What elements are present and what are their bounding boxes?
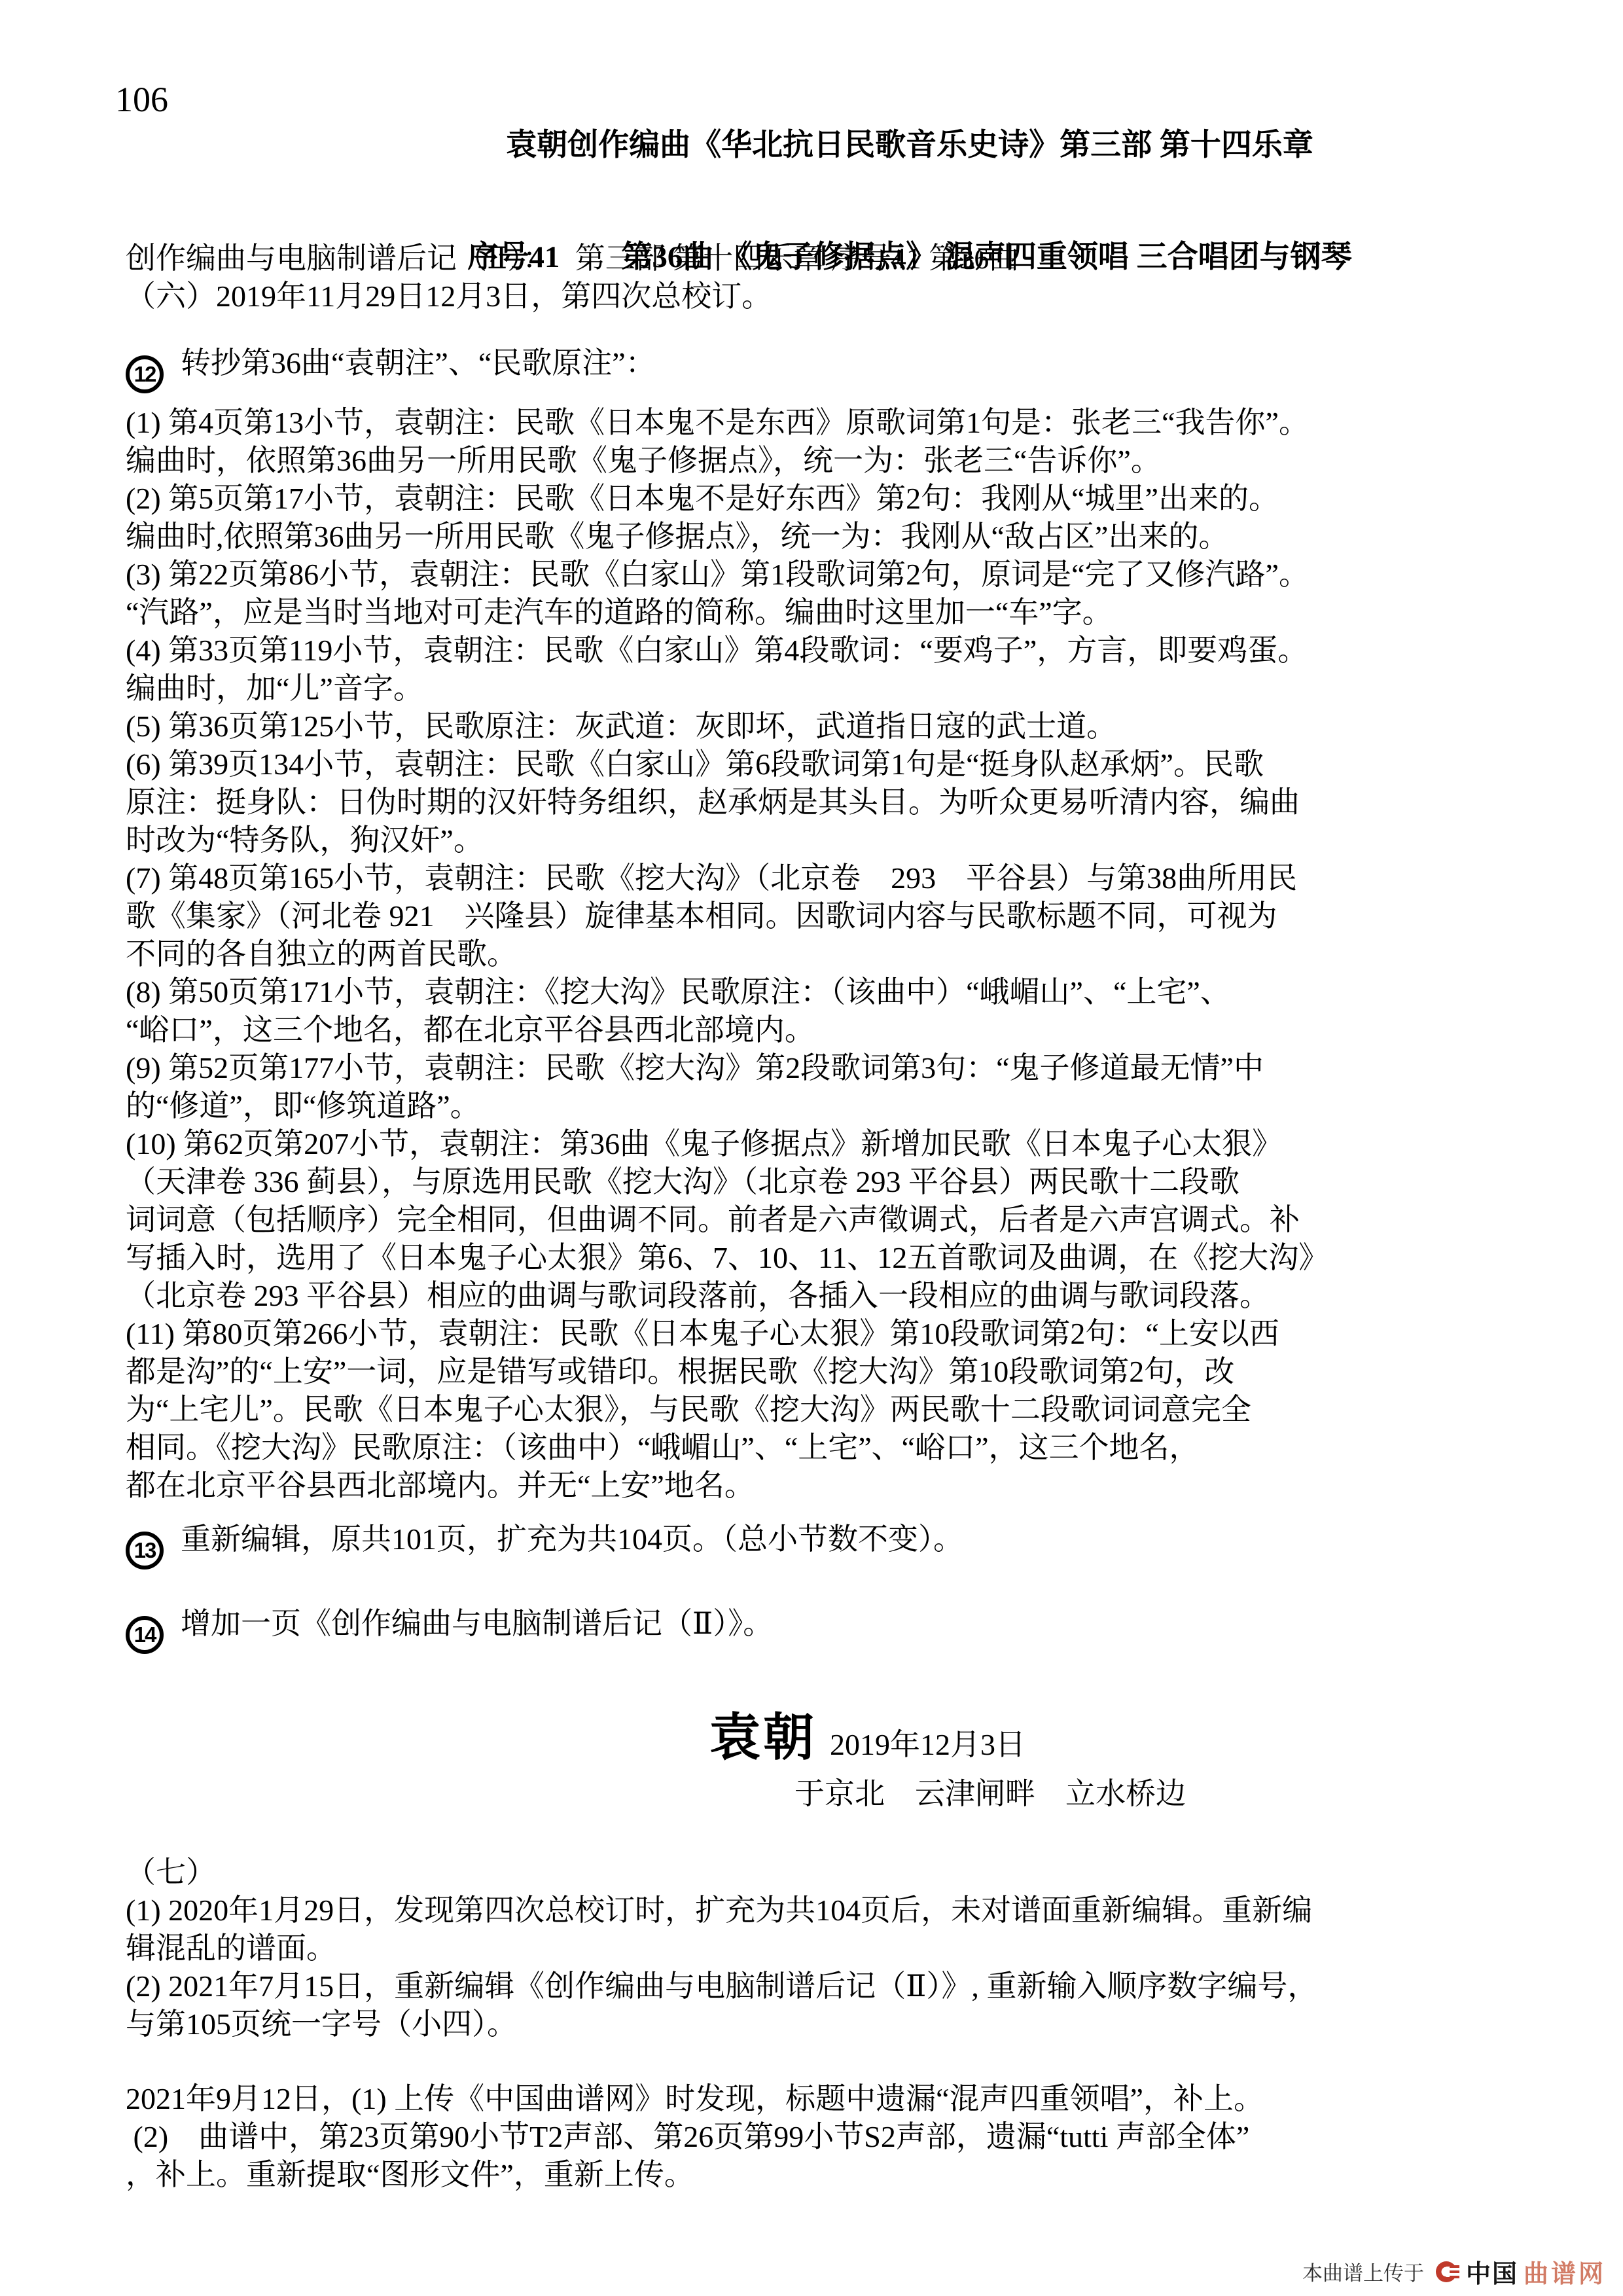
text-line: (7) 第48页第165小节，袁朝注：民歌《挖大沟》（北京卷 293 平谷县）与… — [126, 859, 1512, 897]
text-line: 的“修道”，即“修筑道路”。 — [126, 1087, 1512, 1125]
text-line: 为“上宅儿”。民歌《日本鬼子心太狠》，与民歌《挖大沟》两民歌十二段歌词词意完全 — [126, 1391, 1512, 1429]
signature-location: 于京北 云津闸畔 立水桥边 — [794, 1775, 1512, 1813]
watermark-footer: 本曲谱上传于 中国 曲谱网 — [1302, 2253, 1606, 2289]
text-line: 歌《集家》（河北卷 921 兴隆县）旋律基本相同。因歌词内容与民歌标题不同，可视… — [126, 897, 1512, 935]
intro-paragraph: 创作编曲与电脑制谱后记（Ⅱ）： 第三部 第十四乐章 序号41 第36曲（六）20… — [126, 240, 1512, 315]
score-postscript-page: 106 袁朝创作编曲《华北抗日民歌音乐史诗》第三部 第十四乐章 序号41 第36… — [0, 0, 1623, 2296]
upload-revision-notes: 2021年9月12日，(1) 上传《中国曲谱网》时发现，标题中遗漏“混声四重领唱… — [126, 2080, 1512, 2194]
brand-qupuwang-text: 曲谱网 — [1524, 2253, 1606, 2289]
text-line: 与第105页统一字号（小四）。 — [126, 2005, 1512, 2043]
text-line: (8) 第50页第171小节，袁朝注：《挖大沟》民歌原注：（该曲中）“峨嵋山”、… — [126, 973, 1512, 1011]
watermark-text: 本曲谱上传于 — [1302, 2257, 1424, 2286]
brand-china-text: 中国 — [1466, 2253, 1518, 2289]
page-number: 106 — [115, 81, 168, 118]
note-item-13: 13重新编辑，原共101页，扩充为共104页。（总小节数不变）。 — [126, 1520, 1512, 1570]
note-item-14: 14增加一页《创作编曲与电脑制谱后记（Ⅱ）》。 — [126, 1605, 1512, 1654]
text-line: 都在北京平谷县西北部境内。并无“上安”地名。 — [126, 1467, 1512, 1505]
text-line: 编曲时，依照第36曲另一所用民歌《鬼子修据点》，统一为：张老三“告诉你”。 — [126, 442, 1512, 480]
text-line: 不同的各自独立的两首民歌。 — [126, 935, 1512, 973]
text-line: 都是沟”的“上安”一词，应是错写或错印。根据民歌《挖大沟》第10段歌词第2句，改 — [126, 1353, 1512, 1391]
qupuwang-logo-icon — [1435, 2258, 1462, 2286]
text-line: (2) 第5页第17小节，袁朝注：民歌《日本鬼不是好东西》第2句：我刚从“城里”… — [126, 480, 1512, 518]
text-line: “汽路”，应是当时当地对可走汽车的道路的简称。编曲时这里加一“车”字。 — [126, 594, 1512, 632]
header-line-1: 袁朝创作编曲《华北抗日民歌音乐史诗》第三部 第十四乐章 — [203, 127, 1616, 164]
text-line: （七） — [126, 1854, 1512, 1892]
text-line: 写插入时，选用了《日本鬼子心太狠》第6、7、10、11、12五首歌词及曲调，在《… — [126, 1239, 1512, 1277]
circled-number-13-icon: 13 — [126, 1532, 164, 1570]
circled-number-14-icon: 14 — [126, 1616, 164, 1654]
text-line: (1) 2020年1月29日，发现第四次总校订时，扩充为共104页后，未对谱面重… — [126, 1892, 1512, 1929]
text-line: （北京卷 293 平谷县）相应的曲调与歌词段落前，各插入一段相应的曲调与歌词段落… — [126, 1277, 1512, 1315]
text-line: (9) 第52页第177小节，袁朝注：民歌《挖大沟》第2段歌词第3句：“鬼子修道… — [126, 1049, 1512, 1087]
text-line: 创作编曲与电脑制谱后记（Ⅱ）： 第三部 第十四乐章 序号41 第36曲 — [126, 240, 1512, 278]
text-line: （天津卷 336 蓟县），与原选用民歌《挖大沟》（北京卷 293 平谷县）两民歌… — [126, 1163, 1512, 1201]
text-line: (3) 第22页第86小节，袁朝注：民歌《白家山》第1段歌词第2句，原词是“完了… — [126, 556, 1512, 594]
text-line: (4) 第33页第119小节，袁朝注：民歌《白家山》第4段歌词：“要鸡子”，方言… — [126, 632, 1512, 670]
text-line: (2) 2021年7月15日，重新编辑《创作编曲与电脑制谱后记（Ⅱ）》, 重新输… — [126, 1967, 1512, 2005]
annotation-notes-list: (1) 第4页第13小节，袁朝注：民歌《日本鬼不是东西》原歌词第1句是：张老三“… — [126, 404, 1512, 1505]
postscript-body: 创作编曲与电脑制谱后记（Ⅱ）： 第三部 第十四乐章 序号41 第36曲（六）20… — [126, 240, 1512, 2194]
text-line: 相同。《挖大沟》民歌原注：（该曲中）“峨嵋山”、“上宅”、“峪口”，这三个地名， — [126, 1429, 1512, 1467]
text-line: (11) 第80页第266小节，袁朝注：民歌《日本鬼子心太狠》第10段歌词第2句… — [126, 1315, 1512, 1353]
text-line: (6) 第39页134小节，袁朝注：民歌《白家山》第6段歌词第1句是“挺身队赵承… — [126, 745, 1512, 783]
note-item-13-text: 重新编辑，原共101页，扩充为共104页。（总小节数不变）。 — [181, 1522, 963, 1556]
section-seven-notes: （七）(1) 2020年1月29日，发现第四次总校订时，扩充为共104页后，未对… — [126, 1854, 1512, 2043]
text-line: 编曲时，加“儿”音字。 — [126, 670, 1512, 708]
note-item-14-text: 增加一页《创作编曲与电脑制谱后记（Ⅱ）》。 — [181, 1607, 773, 1640]
text-line: ，补上。重新提取“图形文件”，重新上传。 — [126, 2156, 1512, 2194]
text-line: (10) 第62页第207小节，袁朝注：第36曲《鬼子修据点》新增加民歌《日本鬼… — [126, 1125, 1512, 1163]
text-line: (1) 第4页第13小节，袁朝注：民歌《日本鬼不是东西》原歌词第1句是：张老三“… — [126, 404, 1512, 442]
text-line: 编曲时,依照第36曲另一所用民歌《鬼子修据点》，统一为：我刚从“敌占区”出来的。 — [126, 518, 1512, 556]
text-line: (2) 曲谱中，第23页第90小节T2声部、第26页第99小节S2声部，遗漏“t… — [126, 2118, 1512, 2156]
text-line: 原注：挺身队：日伪时期的汉奸特务组织，赵承炳是其头目。为听众更易听清内容，编曲 — [126, 783, 1512, 821]
signature-line: 袁朝2019年12月3日 — [709, 1708, 1512, 1775]
note-heading-12: 12转抄第36曲“袁朝注”、“民歌原注”： — [126, 344, 1512, 393]
text-line: 时改为“特务队，狗汉奸”。 — [126, 821, 1512, 859]
note-heading-12-text: 转抄第36曲“袁朝注”、“民歌原注”： — [181, 346, 656, 380]
text-line: 2021年9月12日，(1) 上传《中国曲谱网》时发现，标题中遗漏“混声四重领唱… — [126, 2080, 1512, 2118]
text-line: （六）2019年11月29日12月3日，第四次总校订。 — [126, 278, 1512, 315]
text-line: “峪口”，这三个地名，都在北京平谷县西北部境内。 — [126, 1011, 1512, 1049]
text-line: 辑混乱的谱面。 — [126, 1929, 1512, 1967]
composer-name: 袁朝 — [709, 1709, 817, 1766]
signature-date: 2019年12月3日 — [830, 1728, 1026, 1761]
text-line: (5) 第36页第125小节，民歌原注：灰武道：灰即坏，武道指日寇的武士道。 — [126, 708, 1512, 745]
circled-number-12-icon: 12 — [126, 355, 164, 393]
text-line: 词词意（包括顺序）完全相同，但曲调不同。前者是六声徵调式，后者是六声宫调式。补 — [126, 1201, 1512, 1239]
